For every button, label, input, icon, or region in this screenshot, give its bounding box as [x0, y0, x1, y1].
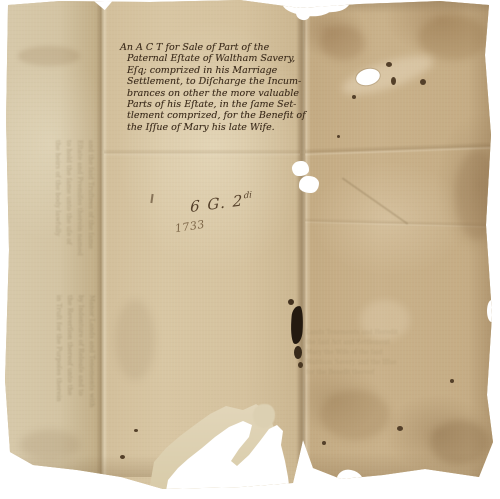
bleedthrough-smudge [18, 46, 80, 66]
bleedthrough-line: to hold the ſame unto the uſe of [63, 140, 74, 298]
bleedthrough-line: Eſtate and Premiſes therein named [74, 140, 85, 298]
ink-blot-small [294, 346, 302, 359]
bleedthrough-line: Manor Lands and Tenements with [86, 295, 97, 413]
dark-speck [391, 77, 396, 85]
stain [115, 300, 155, 380]
act-title-line: An A C T for Sale of Part of the [120, 42, 299, 53]
hole-fold-upper [292, 161, 309, 176]
stain [430, 420, 490, 465]
act-title-line: Eſq; comprized in his Marriage [127, 65, 299, 76]
bleedthrough-line: the heirs of the body lawfully [52, 140, 63, 298]
stain [418, 15, 488, 60]
hole-fold-lower [299, 176, 319, 193]
dark-speck [322, 441, 326, 445]
act-title-line: the Iſſue of Mary his late Wife. [127, 122, 299, 133]
act-title-line: brances on other the more valuable [127, 88, 299, 99]
bleedthrough-text-left-lower: Manor Lands and Tenements with by Indent… [5, 295, 97, 413]
dark-speck [120, 455, 125, 459]
act-title-line: tlement comprized, for the Benefit of [127, 110, 299, 121]
act-title-line: Parts of his Eſtate, in the ſame Set- [127, 99, 299, 110]
dark-speck [352, 95, 356, 99]
dark-speck [386, 62, 392, 67]
paper-sheet: and the ſaid Truſtees of the ſame Eſtate… [0, 0, 500, 499]
dark-speck [450, 379, 454, 383]
bleedthrough-line: by Indenture of Releaſe and to [75, 295, 86, 413]
stain [455, 150, 500, 240]
dark-speck [134, 429, 138, 432]
dark-speck [420, 79, 426, 85]
bleedthrough-line: for the Benefit thereof [306, 368, 410, 378]
act-title-line: Settlement, to Diſcharge the Incum- [127, 76, 299, 87]
bleedthrough-text-left-upper: and the ſaid Truſtees of the ſame Eſtate… [8, 140, 96, 298]
act-title-line: Paternal Eſtate of Waltham Savery, [127, 53, 299, 64]
act-title-block: An A C T for Sale of Part of the Paterna… [127, 42, 299, 133]
bleedthrough-line: in Truſt for the Purpoſes therein [53, 295, 64, 413]
bleedthrough-edge-marks [0, 165, 5, 295]
edge-nibble-right-lower [487, 300, 496, 322]
edge-nibble-right-upper [488, 40, 498, 66]
ink-speck [288, 299, 294, 305]
bleedthrough-line: Mary the Wife of the ſaid [306, 348, 410, 358]
citation-superscript: di [244, 190, 252, 201]
bleedthrough-line: and the ſaid Truſtees of the ſame [85, 140, 96, 298]
bleedthrough-text-right: Lands Tenements and Heredit the ſaid Act… [306, 328, 410, 433]
stain [320, 25, 365, 60]
bleedthrough-line: Lands Tenements and Heredit [306, 328, 410, 338]
bleedthrough-line: the ſaid Act and Settlement [306, 338, 410, 348]
bleedthrough-line: the Reverſion thereof unto the [64, 295, 75, 413]
bleedthrough-line: Waltham Savery and the Iſſue [306, 358, 410, 368]
dark-speck [337, 135, 340, 138]
scanned-document: and the ſaid Truſtees of the ſame Eſtate… [0, 0, 500, 499]
stain [20, 430, 80, 460]
dark-speck [397, 426, 403, 431]
ink-speck [298, 362, 303, 368]
